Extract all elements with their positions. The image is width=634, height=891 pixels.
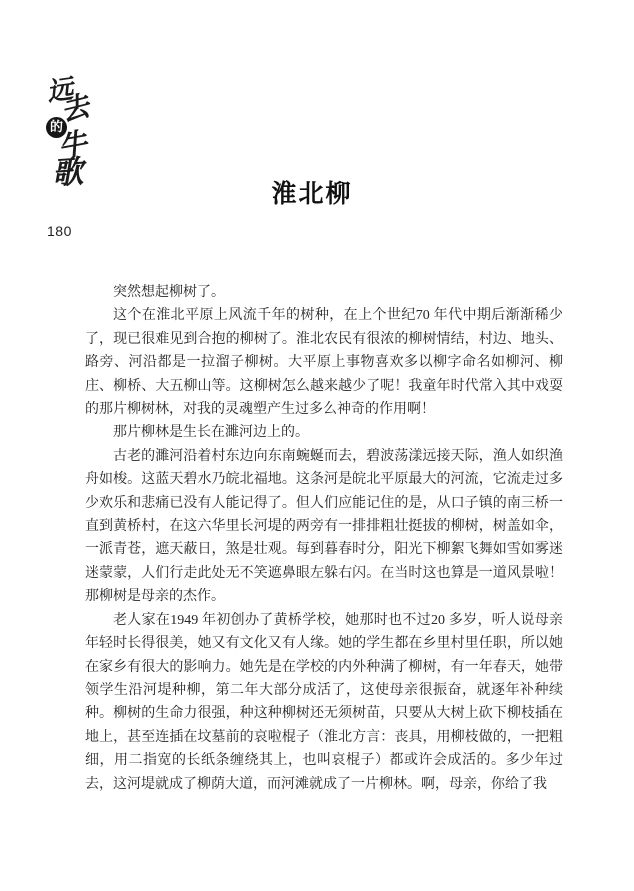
paragraph-4: 古老的濉河沿着村东边向东南蜿蜒而去，碧波荡漾远接天际，渔人如织渔舟如梭。这蓝天碧… [85,445,563,609]
page-number: 180 [47,223,72,239]
article-title: 淮北柳 [73,174,551,210]
paragraph-1: 突然想起柳树了。 [85,281,563,304]
paragraph-5: 老人家在1949 年初创办了黄桥学校，她那时也不过20 多岁，听人说母亲年轻时长… [85,609,563,796]
paragraph-2: 这个在淮北平原上风流千年的树种，在上个世纪70 年代中期后渐渐稀少了，现已很难见… [85,304,563,421]
book-page: 远 去 的 牛 歌 180 淮北柳 突然想起柳树了。 这个在淮北平原上风流千年的… [0,0,634,891]
article-body: 突然想起柳树了。 这个在淮北平原上风流千年的树种，在上个世纪70 年代中期后渐渐… [85,281,563,796]
paragraph-3: 那片柳林是生长在濉河边上的。 [85,421,563,444]
